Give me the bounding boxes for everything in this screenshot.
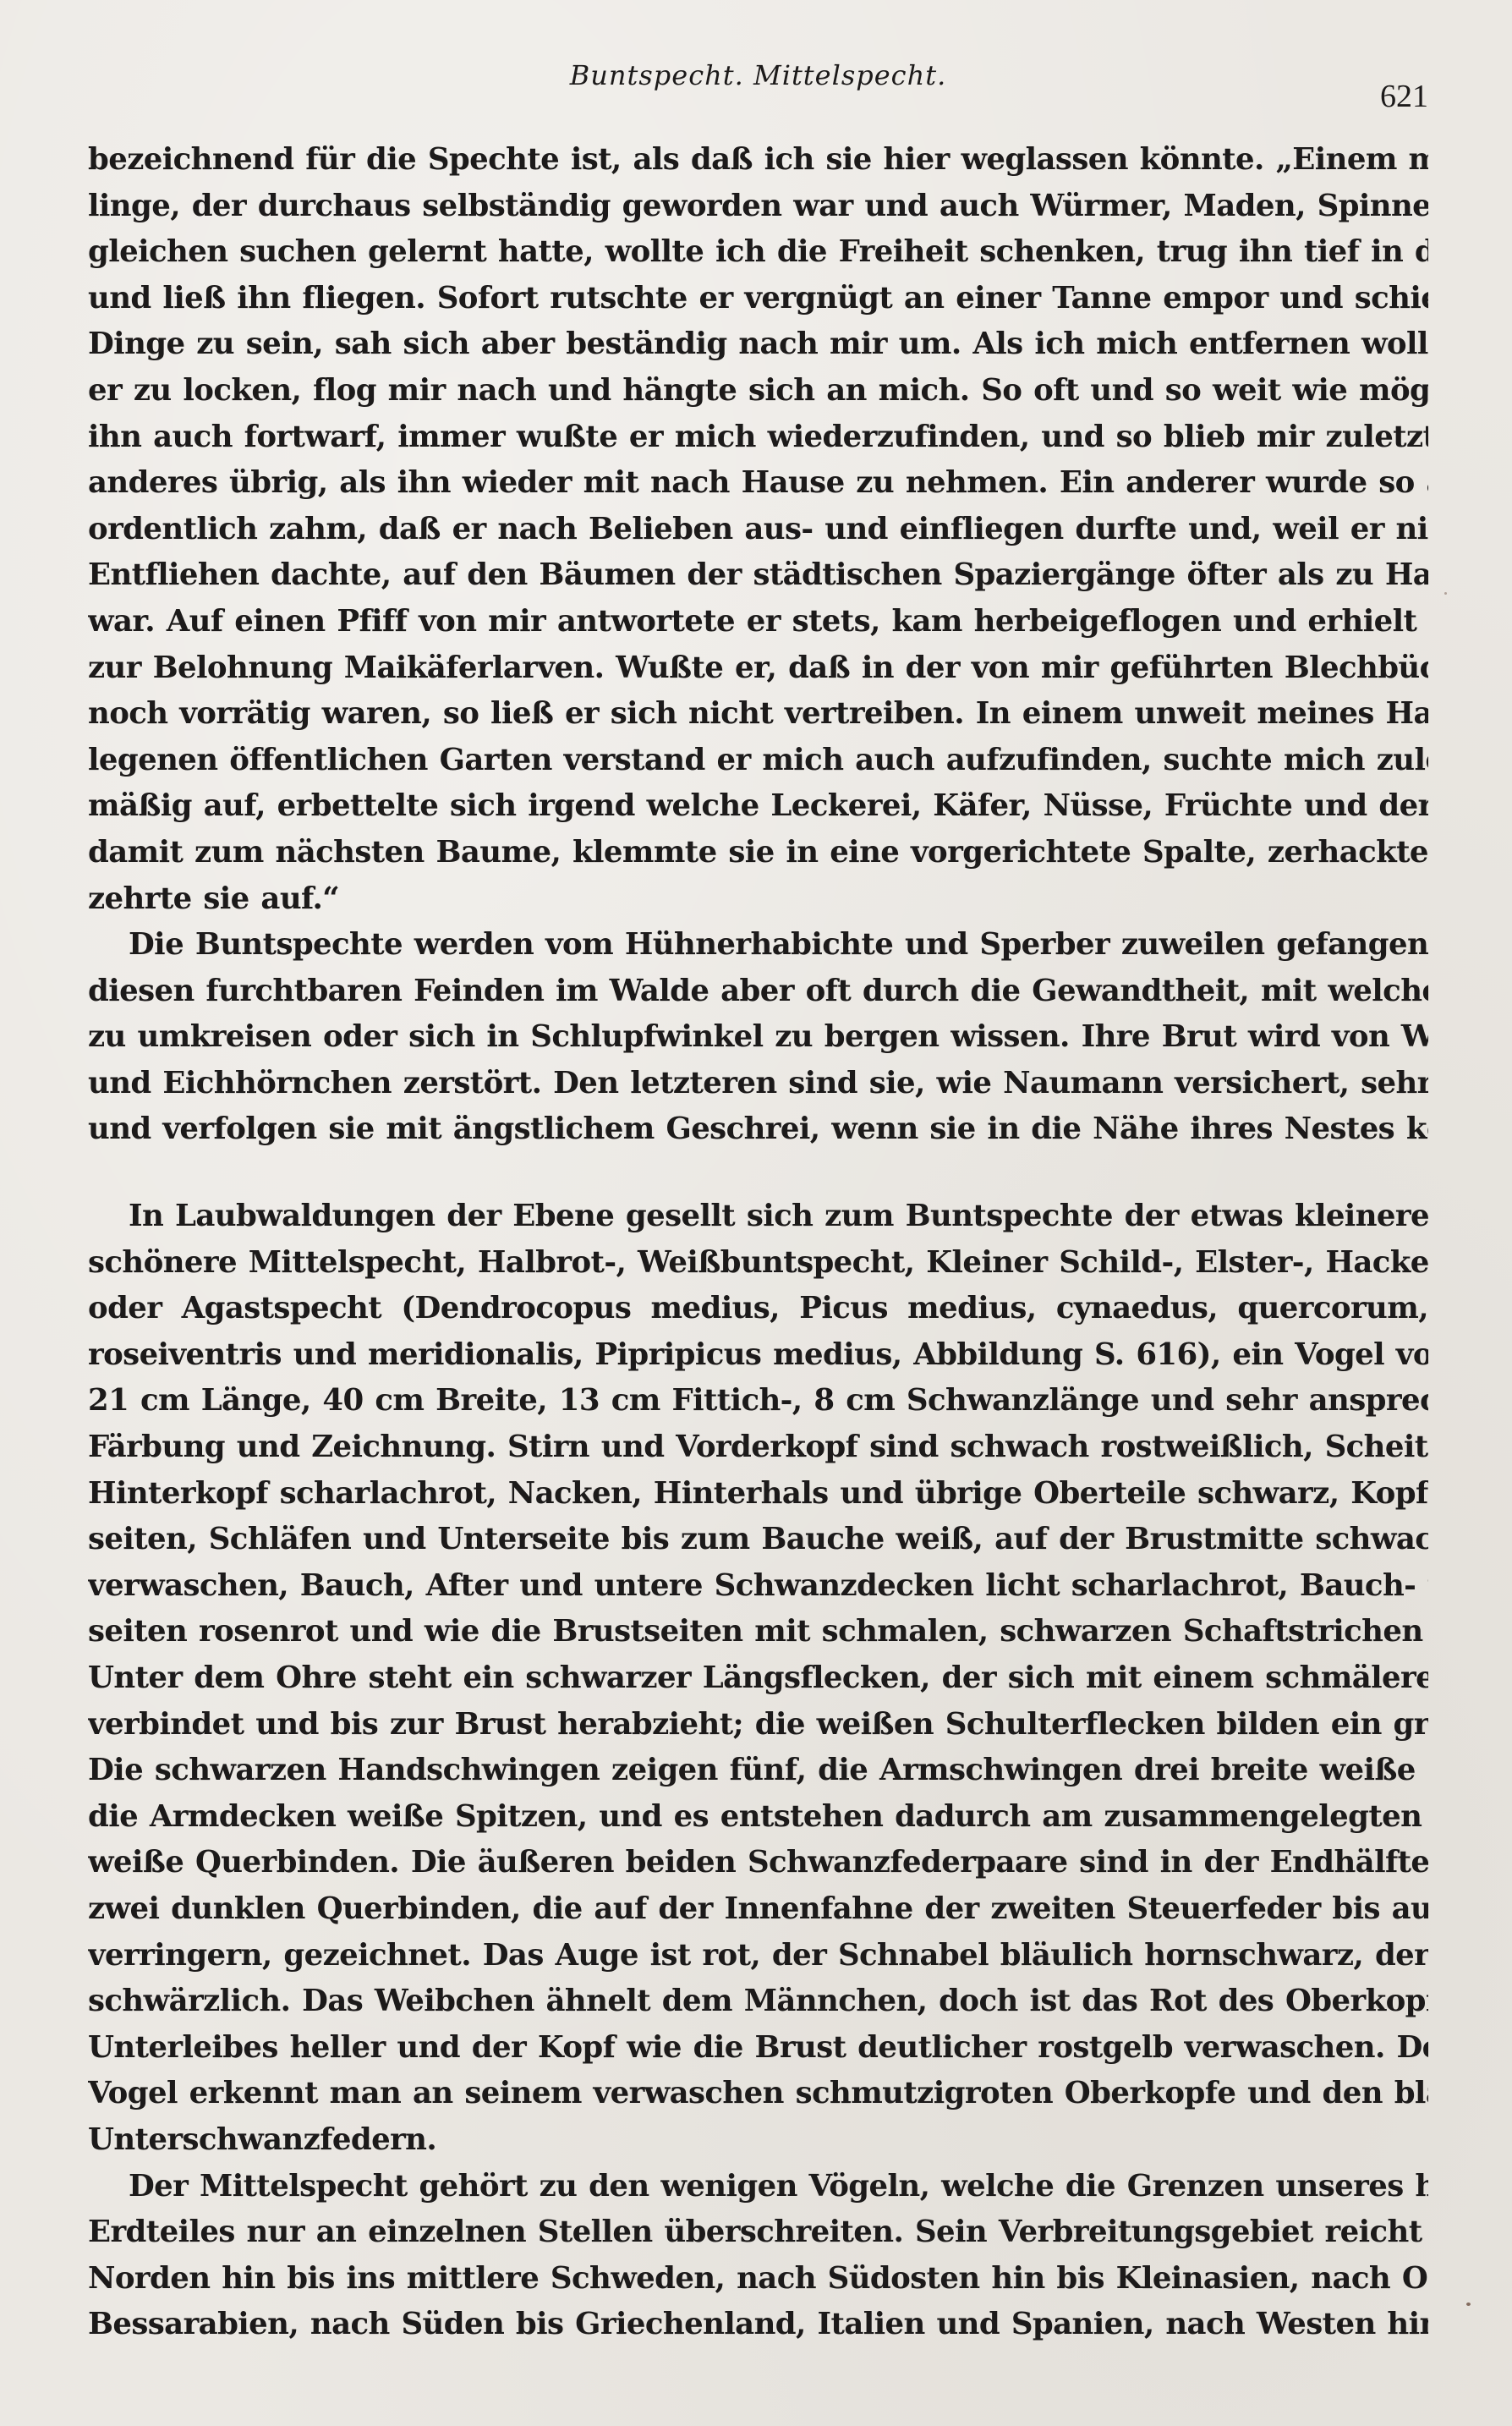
body-text: bezeichnend für die Spechte ist, als daß… bbox=[88, 137, 1428, 2348]
text-line: weiße Querbinden. Die äußeren beiden Sch… bbox=[88, 1840, 1428, 1886]
text-line: Unterschwanzfedern. bbox=[88, 2117, 1428, 2164]
text-line: Entfliehen dachte, auf den Bäumen der st… bbox=[88, 552, 1428, 599]
text-line: noch vorrätig waren, so ließ er sich nic… bbox=[88, 691, 1428, 738]
paragraph-1: bezeichnend für die Spechte ist, als daß… bbox=[88, 137, 1428, 922]
text-line: Vogel erkennt man an seinem verwaschen s… bbox=[88, 2071, 1428, 2117]
page-number: 621 bbox=[1380, 78, 1428, 115]
text-line: Unterleibes heller und der Kopf wie die … bbox=[88, 2025, 1428, 2072]
text-line: war. Auf einen Pfiff von mir antwortete … bbox=[88, 599, 1428, 645]
text-line: Erdteiles nur an einzelnen Stellen übers… bbox=[88, 2209, 1428, 2256]
text-line: zu umkreisen oder sich in Schlupfwinkel … bbox=[88, 1014, 1428, 1061]
text-line: Die Buntspechte werden vom Hühnerhabicht… bbox=[88, 922, 1428, 969]
text-line: Bessarabien, nach Süden bis Griechenland… bbox=[88, 2302, 1428, 2348]
text-line: Norden hin bis ins mittlere Schweden, na… bbox=[88, 2256, 1428, 2303]
text-line: seiten rosenrot und wie die Brustseiten … bbox=[88, 1609, 1428, 1655]
text-line: zur Belohnung Maikäferlarven. Wußte er, … bbox=[88, 645, 1428, 692]
text-line: Hinterkopf scharlachrot, Nacken, Hinterh… bbox=[88, 1471, 1428, 1518]
paragraph-3: In Laubwaldungen der Ebene gesellt sich … bbox=[88, 1194, 1428, 2163]
paragraph-4: Der Mittelspecht gehört zu den wenigen V… bbox=[88, 2164, 1428, 2348]
text-line: Die schwarzen Handschwingen zeigen fünf,… bbox=[88, 1748, 1428, 1794]
text-line: verringern, gezeichnet. Das Auge ist rot… bbox=[88, 1933, 1428, 1979]
text-line: diesen furchtbaren Feinden im Walde aber… bbox=[88, 969, 1428, 1015]
text-line: gleichen suchen gelernt hatte, wollte ic… bbox=[88, 229, 1428, 276]
running-head: Buntspecht. Mittelspecht. 621 bbox=[88, 59, 1428, 118]
text-line: er zu locken, flog mir nach und hängte s… bbox=[88, 368, 1428, 414]
text-line: verbindet und bis zur Brust herabzieht; … bbox=[88, 1702, 1428, 1748]
book-page: Buntspecht. Mittelspecht. 621 bezeichnen… bbox=[88, 59, 1428, 2348]
text-line: schönere Mittelspecht, Halbrot-, Weißbun… bbox=[88, 1240, 1428, 1287]
text-line: roseiventris und meridionalis, Pipripicu… bbox=[88, 1332, 1428, 1379]
text-line: und verfolgen sie mit ängstlichem Geschr… bbox=[88, 1106, 1428, 1153]
text-line: Färbung und Zeichnung. Stirn und Vorderk… bbox=[88, 1424, 1428, 1471]
section-break bbox=[88, 1153, 1428, 1194]
text-line: zwei dunklen Querbinden, die auf der Inn… bbox=[88, 1886, 1428, 1933]
text-line: bezeichnend für die Spechte ist, als daß… bbox=[88, 137, 1428, 184]
text-line: oder Agastspecht (Dendrocopus medius, Pi… bbox=[88, 1286, 1428, 1332]
text-line: und ließ ihn fliegen. Sofort rutschte er… bbox=[88, 276, 1428, 322]
text-line: linge, der durchaus selbständig geworden… bbox=[88, 184, 1428, 230]
running-title: Buntspecht. Mittelspecht. bbox=[88, 59, 1428, 91]
text-line: Dinge zu sein, sah sich aber beständig n… bbox=[88, 321, 1428, 368]
text-line: und Eichhörnchen zerstört. Den letzteren… bbox=[88, 1061, 1428, 1107]
text-line: schwärzlich. Das Weibchen ähnelt dem Män… bbox=[88, 1979, 1428, 2025]
text-line: mäßig auf, erbettelte sich irgend welche… bbox=[88, 783, 1428, 830]
text-line: In Laubwaldungen der Ebene gesellt sich … bbox=[88, 1194, 1428, 1240]
text-line: ihn auch fortwarf, immer wußte er mich w… bbox=[88, 414, 1428, 461]
text-line: Der Mittelspecht gehört zu den wenigen V… bbox=[88, 2164, 1428, 2210]
paper-speck bbox=[1444, 592, 1447, 595]
text-line: seiten, Schläfen und Unterseite bis zum … bbox=[88, 1517, 1428, 1563]
text-line: damit zum nächsten Baume, klemmte sie in… bbox=[88, 830, 1428, 876]
text-line: ordentlich zahm, daß er nach Belieben au… bbox=[88, 507, 1428, 553]
text-line: Unter dem Ohre steht ein schwarzer Längs… bbox=[88, 1655, 1428, 1702]
text-line: zehrte sie auf.“ bbox=[88, 876, 1428, 923]
paragraph-2: Die Buntspechte werden vom Hühnerhabicht… bbox=[88, 922, 1428, 1153]
text-line: die Armdecken weiße Spitzen, und es ents… bbox=[88, 1794, 1428, 1841]
text-line: legenen öffentlichen Garten verstand er … bbox=[88, 738, 1428, 784]
paper-speck bbox=[1466, 2303, 1471, 2306]
text-line: verwaschen, Bauch, After und untere Schw… bbox=[88, 1563, 1428, 1610]
text-line: 21 cm Länge, 40 cm Breite, 13 cm Fittich… bbox=[88, 1378, 1428, 1424]
text-line: anderes übrig, als ihn wieder mit nach H… bbox=[88, 460, 1428, 507]
